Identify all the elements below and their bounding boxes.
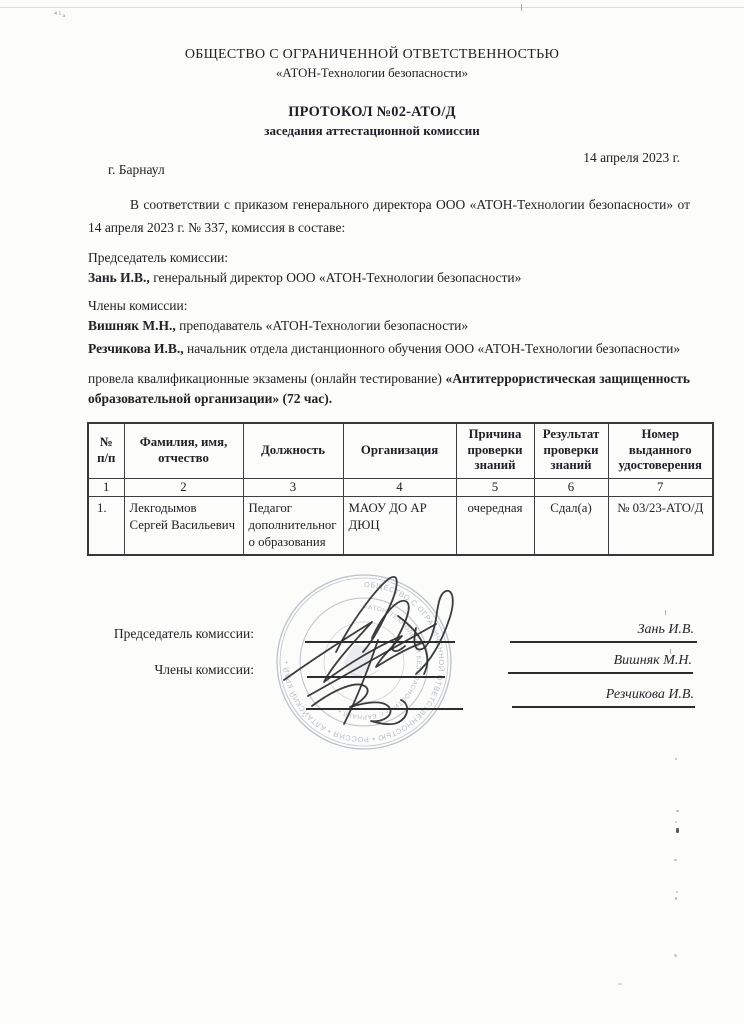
results-table: № п/п Фамилия, имя, отчество Должность О… [87, 422, 714, 556]
column-header: Должность [243, 423, 343, 479]
document-page: ⁴¹ₐ ОБЩЕСТВО С ОГРАНИЧЕННОЙ ОТВЕТСТВЕННО… [0, 0, 744, 1024]
scan-speck [674, 859, 677, 861]
protocol-city: г. Барнаул [108, 162, 165, 178]
scan-speck [670, 649, 671, 654]
protocol-title: ПРОТОКОЛ №02-АТО/Д [0, 104, 744, 121]
org-name-line1: ОБЩЕСТВО С ОГРАНИЧЕННОЙ ОТВЕТСТВЕННОСТЬЮ [0, 47, 744, 63]
sig-name-chair: Зань И.В. [510, 622, 698, 638]
table-header-row: № п/п Фамилия, имя, отчество Должность О… [88, 423, 713, 479]
members-label: Члены комиссии: [88, 296, 690, 316]
protocol-subtitle: заседания аттестационной комиссии [0, 123, 744, 139]
sig-chair-label: Председатель комиссии: [88, 626, 254, 642]
signature-member2 [312, 640, 407, 724]
member2-role: начальник отдела дистанционного обучения… [187, 341, 680, 356]
column-number: 1 [88, 478, 124, 496]
chair-block: Председатель комиссии: Зань И.В., генера… [88, 248, 690, 287]
members-block: Члены комиссии: Вишняк М.Н., преподавате… [88, 296, 690, 359]
scan-artifact-mark: ⁴¹ₐ [54, 10, 67, 19]
table-colnum-row: 1 2 3 4 5 6 7 [88, 478, 713, 496]
column-header: Номер выданного удостоверения [608, 423, 713, 479]
column-number: 5 [456, 478, 534, 496]
column-header: Результат проверки знаний [534, 423, 608, 479]
scan-speck [674, 954, 677, 957]
table-row: 1. Лекгодымов Сергей Васильевич Педагог … [88, 496, 713, 555]
signature-line [510, 641, 697, 643]
column-header: Организация [343, 423, 456, 479]
scan-speck [675, 758, 677, 760]
cell-organization: МАОУ ДО АР ДЮЦ [343, 496, 456, 555]
column-number: 7 [608, 478, 713, 496]
cell-number: 1. [88, 496, 124, 555]
chair-label: Председатель комиссии: [88, 248, 690, 268]
scan-artifact-tick [521, 4, 522, 11]
cell-reason: очередная [456, 496, 534, 555]
intro-paragraph: В соответствии с приказом генерального д… [88, 193, 690, 239]
scan-speck [676, 891, 678, 893]
column-number: 2 [124, 478, 243, 496]
signature-line [508, 672, 693, 674]
chair-name: Зань И.В., [88, 270, 150, 285]
scan-artifact-line [0, 7, 744, 8]
chair-role: генеральный директор ООО «АТОН-Технологи… [153, 270, 521, 285]
column-header: Причина проверки знаний [456, 423, 534, 479]
member2-line: Резчикова И.В., начальник отдела дистанц… [88, 339, 690, 359]
sig-name-member1: Вишняк М.Н. [508, 653, 696, 669]
column-number: 6 [534, 478, 608, 496]
member1-role: преподаватель «АТОН-Технологии безопасно… [179, 318, 468, 333]
scan-speck [676, 828, 679, 833]
scan-speck [675, 821, 677, 823]
protocol-date: 14 апреля 2023 г. [583, 150, 680, 166]
scan-speck [676, 810, 679, 812]
exam-intro: провела квалификационные экзамены (онлай… [88, 371, 442, 386]
handwritten-signatures [250, 548, 490, 748]
chair-line: Зань И.В., генеральный директор ООО «АТО… [88, 268, 690, 288]
member2-name: Резчикова И.В., [88, 341, 184, 356]
column-number: 4 [343, 478, 456, 496]
scan-speck [665, 610, 666, 615]
org-name-line2: «АТОН-Технологии безопасности» [0, 66, 744, 81]
column-header: Фамилия, имя, отчество [124, 423, 243, 479]
document-body: В соответствии с приказом генерального д… [88, 193, 690, 556]
cell-fullname: Лекгодымов Сергей Васильевич [124, 496, 243, 555]
column-header: № п/п [88, 423, 124, 479]
sig-name-member2: Резчикова И.В. [510, 687, 698, 703]
scan-speck [618, 983, 622, 985]
exam-paragraph: провела квалификационные экзамены (онлай… [88, 369, 690, 409]
dateline: 14 апреля 2023 г. г. Барнаул [0, 147, 744, 191]
member1-line: Вишняк М.Н., преподаватель «АТОН-Техноло… [88, 316, 690, 336]
cell-position: Педагог дополнительного образования [243, 496, 343, 555]
cell-certificate: № 03/23-АТО/Д [608, 496, 713, 555]
column-number: 3 [243, 478, 343, 496]
scan-speck [675, 897, 677, 900]
member1-name: Вишняк М.Н., [88, 318, 176, 333]
cell-result: Сдал(а) [534, 496, 608, 555]
sig-members-label: Члены комиссии: [88, 662, 254, 678]
signature-line [512, 706, 695, 708]
